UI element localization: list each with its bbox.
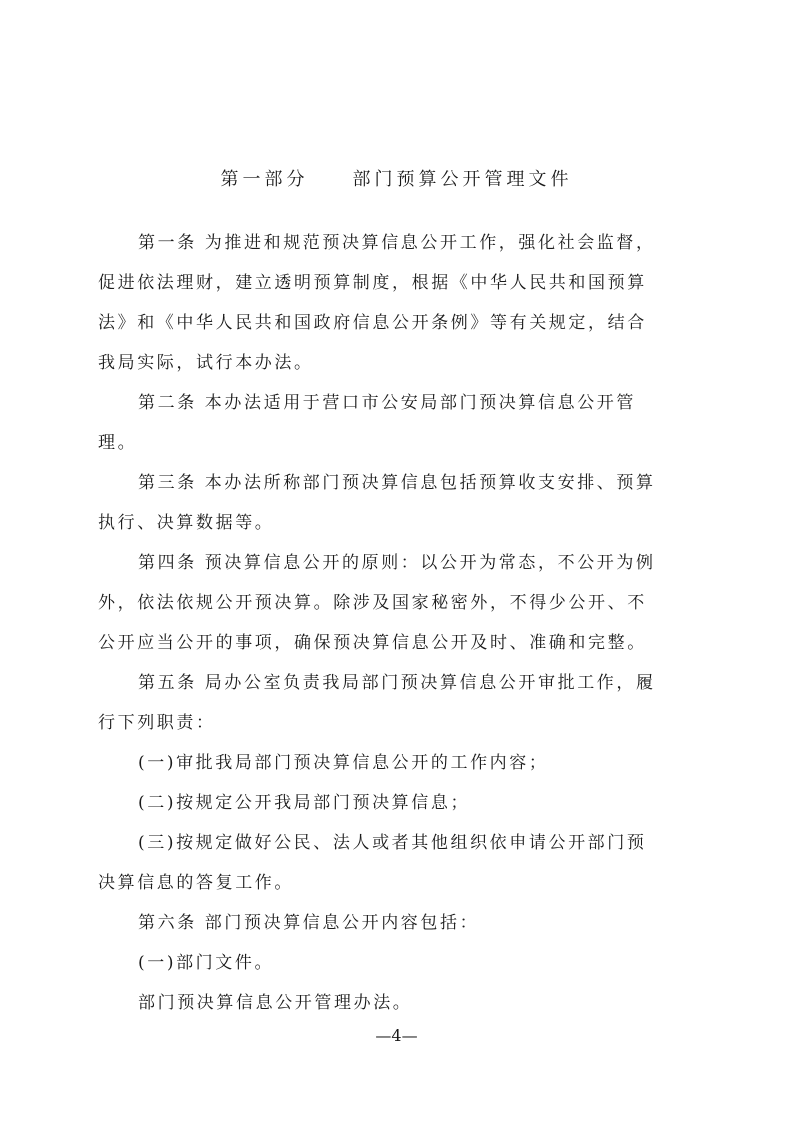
list-item: 决算信息的答复工作。 [98, 868, 698, 908]
document-body: 第一条 为推进和规范预决算信息公开工作，强化社会监督， 促进依法理财，建立透明预… [98, 228, 698, 1028]
list-item: (三)按规定做好公民、法人或者其他组织依申请公开部门预 [98, 828, 698, 868]
paragraph-line: 第一条 为推进和规范预决算信息公开工作，强化社会监督， [98, 228, 698, 268]
list-item: (一)审批我局部门预决算信息公开的工作内容； [98, 748, 698, 788]
paragraph-line: 第六条 部门预决算信息公开内容包括： [98, 908, 698, 948]
paragraph-line: 第五条 局办公室负责我局部门预决算信息公开审批工作，履 [98, 668, 698, 708]
paragraph-line: 公开应当公开的事项，确保预决算信息公开及时、准确和完整。 [98, 628, 698, 668]
paragraph-line: 我局实际，试行本办法。 [98, 348, 698, 388]
paragraph-line: 部门预决算信息公开管理办法。 [98, 988, 698, 1028]
paragraph-line: 第二条 本办法适用于营口市公安局部门预决算信息公开管 [98, 388, 698, 428]
paragraph-line: 第四条 预决算信息公开的原则：以公开为常态，不公开为例 [98, 548, 698, 588]
paragraph-line: 行下列职责： [98, 708, 698, 748]
paragraph-line: 促进依法理财，建立透明预算制度，根据《中华人民共和国预算 [98, 268, 698, 308]
paragraph-line: 执行、决算数据等。 [98, 508, 698, 548]
paragraph-line: 第三条 本办法所称部门预决算信息包括预算收支安排、预算 [98, 468, 698, 508]
list-item: (二)按规定公开我局部门预决算信息； [98, 788, 698, 828]
section-title: 第一部分 部门预算公开管理文件 [0, 166, 793, 194]
paragraph-line: 法》和《中华人民共和国政府信息公开条例》等有关规定，结合 [98, 308, 698, 348]
document-page: 第一部分 部门预算公开管理文件 第一条 为推进和规范预决算信息公开工作，强化社会… [0, 0, 793, 1122]
paragraph-line: 外，依法依规公开预决算。除涉及国家秘密外，不得少公开、不 [98, 588, 698, 628]
page-number: —4— [0, 1024, 793, 1048]
paragraph-line: 理。 [98, 428, 698, 468]
list-item: (一)部门文件。 [98, 948, 698, 988]
